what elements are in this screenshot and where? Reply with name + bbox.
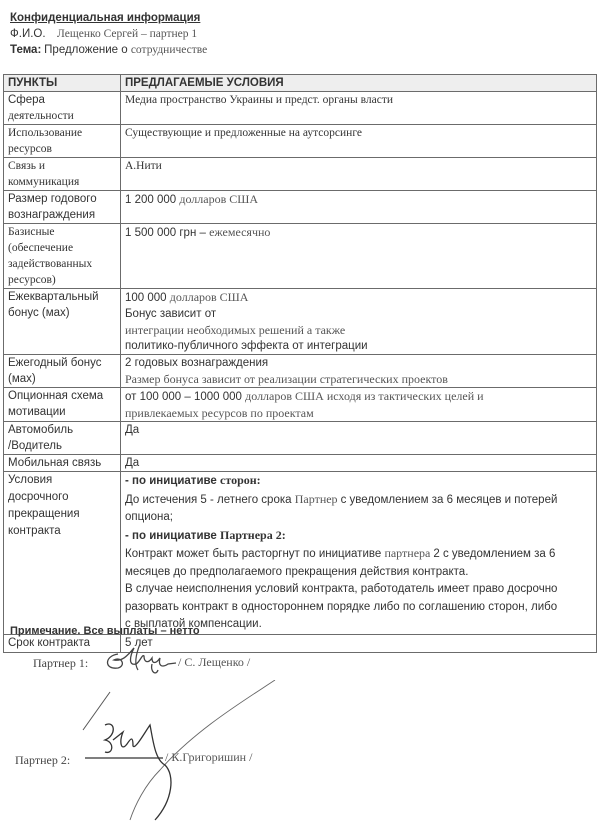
table-row: Базисные (обеспечение задействованных ре… <box>4 224 597 289</box>
clause-heading: сторон: <box>220 473 261 487</box>
terms-line: месяцев до предполагаемого прекращения д… <box>125 564 592 582</box>
terms-amount: 100 000 <box>125 292 170 304</box>
terms-line: политико-публичного эффекта от интеграци… <box>125 338 592 354</box>
table-header-row: ПУНКТЫ ПРЕДЛАГАЕМЫЕ УСЛОВИЯ <box>4 75 597 92</box>
terms-line: Медиа пространство Украины и предст. орг… <box>125 92 592 108</box>
row-terms: Да <box>121 422 597 455</box>
topic-label: Тема: <box>10 44 41 56</box>
terms-table: ПУНКТЫ ПРЕДЛАГАЕМЫЕ УСЛОВИЯ Сфера деятел… <box>3 74 597 653</box>
item-line: Использование <box>8 125 116 141</box>
partner1-signature-icon <box>100 642 180 682</box>
row-terms: - по инициативе сторон: До истечения 5 -… <box>121 472 597 635</box>
column-header-terms: ПРЕДЛАГАЕМЫЕ УСЛОВИЯ <box>121 75 597 92</box>
item-line: бонус (мах) <box>8 305 116 321</box>
row-item: Опционная схема мотивации <box>4 388 121 422</box>
terms-line: долларов США исходя из тактических целей… <box>245 389 483 403</box>
row-item: Базисные (обеспечение задействованных ре… <box>4 224 121 289</box>
terms-line: А.Нити <box>125 158 592 174</box>
terms-amount: 1 500 000 грн – <box>125 227 209 239</box>
item-line: Мобильная связь <box>8 455 116 471</box>
table-row: Мобильная связь Да <box>4 455 597 472</box>
terms-currency: долларов США <box>170 290 249 304</box>
item-line: Базисные <box>8 224 116 240</box>
terms-period: ежемесячно <box>209 225 270 239</box>
terms-line: Контракт может быть расторгнут по инициа… <box>125 548 384 560</box>
row-item: Мобильная связь <box>4 455 121 472</box>
fio-label: Ф.И.О. <box>10 28 46 40</box>
terms-line: 2 годовых вознаграждения <box>125 355 592 371</box>
column-header-items: ПУНКТЫ <box>4 75 121 92</box>
table-row: Ежеквартальный бонус (мах) 100 000 долла… <box>4 289 597 355</box>
item-line: Опционная схема <box>8 388 116 404</box>
row-item: Сфера деятельности <box>4 92 121 125</box>
item-line: контракта <box>8 523 116 540</box>
terms-line: Существующие и предложенные на аутсорсин… <box>125 125 592 141</box>
table-row: Сфера деятельности Медиа пространство Ук… <box>4 92 597 125</box>
clause-heading: - по инициативе <box>125 475 220 487</box>
row-item: Автомобиль /Водитель <box>4 422 121 455</box>
item-line: досрочного <box>8 489 116 506</box>
row-terms: Существующие и предложенные на аутсорсин… <box>121 125 597 158</box>
confidential-title: Конфиденциальная информация <box>10 10 207 26</box>
terms-line: До истечения 5 - летнего срока <box>125 494 295 506</box>
item-line: Автомобиль <box>8 422 116 438</box>
partner2-label: Партнер 2: <box>15 753 70 768</box>
item-line: Ежегодный бонус <box>8 355 116 371</box>
row-terms: А.Нити <box>121 158 597 191</box>
terms-amount: от 100 000 – 1000 000 <box>125 391 245 403</box>
terms-line: В случае неисполнения условий контракта,… <box>125 581 592 599</box>
partner1-label: Партнер 1: <box>33 656 88 671</box>
item-line: Сфера <box>8 92 116 108</box>
topic-value-b: сотрудничестве <box>131 44 207 56</box>
fio-value: Лещенко Сергей – партнер 1 <box>57 28 197 40</box>
table-row: Размер годового вознаграждения 1 200 000… <box>4 191 597 224</box>
terms-currency: долларов США <box>179 192 258 206</box>
item-line: Условия <box>8 472 116 489</box>
row-item: Связь и коммуникация <box>4 158 121 191</box>
partner1-name: / С. Лещенко / <box>178 655 250 670</box>
payment-note: Примечание. Все выплаты – нетто <box>10 625 200 637</box>
item-line: (мах) <box>8 371 116 387</box>
row-terms: Медиа пространство Украины и предст. орг… <box>121 92 597 125</box>
terms-line: разорвать контракт в одностороннем поряд… <box>125 599 592 617</box>
clause-heading: - по инициативе <box>125 530 220 542</box>
terms-line: интеграции необходимых решений а также <box>125 322 592 338</box>
table-row: Условия досрочного прекращения контракта… <box>4 472 597 635</box>
item-line: вознаграждения <box>8 207 116 223</box>
partner2-name: / К.Григоришин / <box>165 750 252 765</box>
row-item: Ежеквартальный бонус (мах) <box>4 289 121 355</box>
table-row: Ежегодный бонус (мах) 2 годовых вознагра… <box>4 355 597 388</box>
topic-value-a: Предложение о <box>44 44 131 56</box>
clause-heading: Партнера 2: <box>220 528 286 542</box>
terms-line: Да <box>125 422 592 438</box>
row-terms: от 100 000 – 1000 000 долларов США исход… <box>121 388 597 422</box>
table-row: Автомобиль /Водитель Да <box>4 422 597 455</box>
item-line: (обеспечение <box>8 240 116 256</box>
terms-line: Бонус зависит от <box>125 306 592 322</box>
row-item: Ежегодный бонус (мах) <box>4 355 121 388</box>
row-item: Использование ресурсов <box>4 125 121 158</box>
item-line: задействованных <box>8 256 116 272</box>
terms-line: Размер бонуса зависит от реализации стра… <box>125 371 592 387</box>
item-line: Ежеквартальный <box>8 289 116 305</box>
terms-line: Партнер <box>295 492 341 506</box>
terms-line: партнера <box>384 546 433 560</box>
item-line: мотивации <box>8 404 116 420</box>
item-line: прекращения <box>8 506 116 523</box>
row-terms: 1 200 000 долларов США <box>121 191 597 224</box>
item-line: деятельности <box>8 108 116 124</box>
table-row: Связь и коммуникация А.Нити <box>4 158 597 191</box>
item-line: ресурсов) <box>8 272 116 288</box>
terms-amount: 1 200 000 <box>125 194 179 206</box>
row-terms: 100 000 долларов США Бонус зависит от ин… <box>121 289 597 355</box>
row-terms: 1 500 000 грн – ежемесячно <box>121 224 597 289</box>
terms-line: Да <box>125 455 592 471</box>
item-line: Связь и <box>8 158 116 174</box>
row-terms: 2 годовых вознаграждения Размер бонуса з… <box>121 355 597 388</box>
terms-line: с уведомлением за 6 месяцев и потерей <box>341 494 558 506</box>
table-row: Опционная схема мотивации от 100 000 – 1… <box>4 388 597 422</box>
terms-line: опциона; <box>125 509 592 527</box>
row-terms: Да <box>121 455 597 472</box>
item-line: ресурсов <box>8 141 116 157</box>
row-item: Размер годового вознаграждения <box>4 191 121 224</box>
document-header: Конфиденциальная информация Ф.И.О. Лещен… <box>10 10 207 58</box>
item-line: коммуникация <box>8 174 116 190</box>
topic-line: Тема: Предложение о сотрудничестве <box>10 42 207 58</box>
item-line: /Водитель <box>8 438 116 454</box>
terms-line: 2 с уведомлением за 6 <box>433 548 555 560</box>
fio-line: Ф.И.О. Лещенко Сергей – партнер 1 <box>10 26 207 42</box>
item-line: Размер годового <box>8 191 116 207</box>
table-row: Использование ресурсов Существующие и пр… <box>4 125 597 158</box>
row-item: Условия досрочного прекращения контракта <box>4 472 121 635</box>
terms-line: привлекаемых ресурсов по проектам <box>125 405 592 421</box>
